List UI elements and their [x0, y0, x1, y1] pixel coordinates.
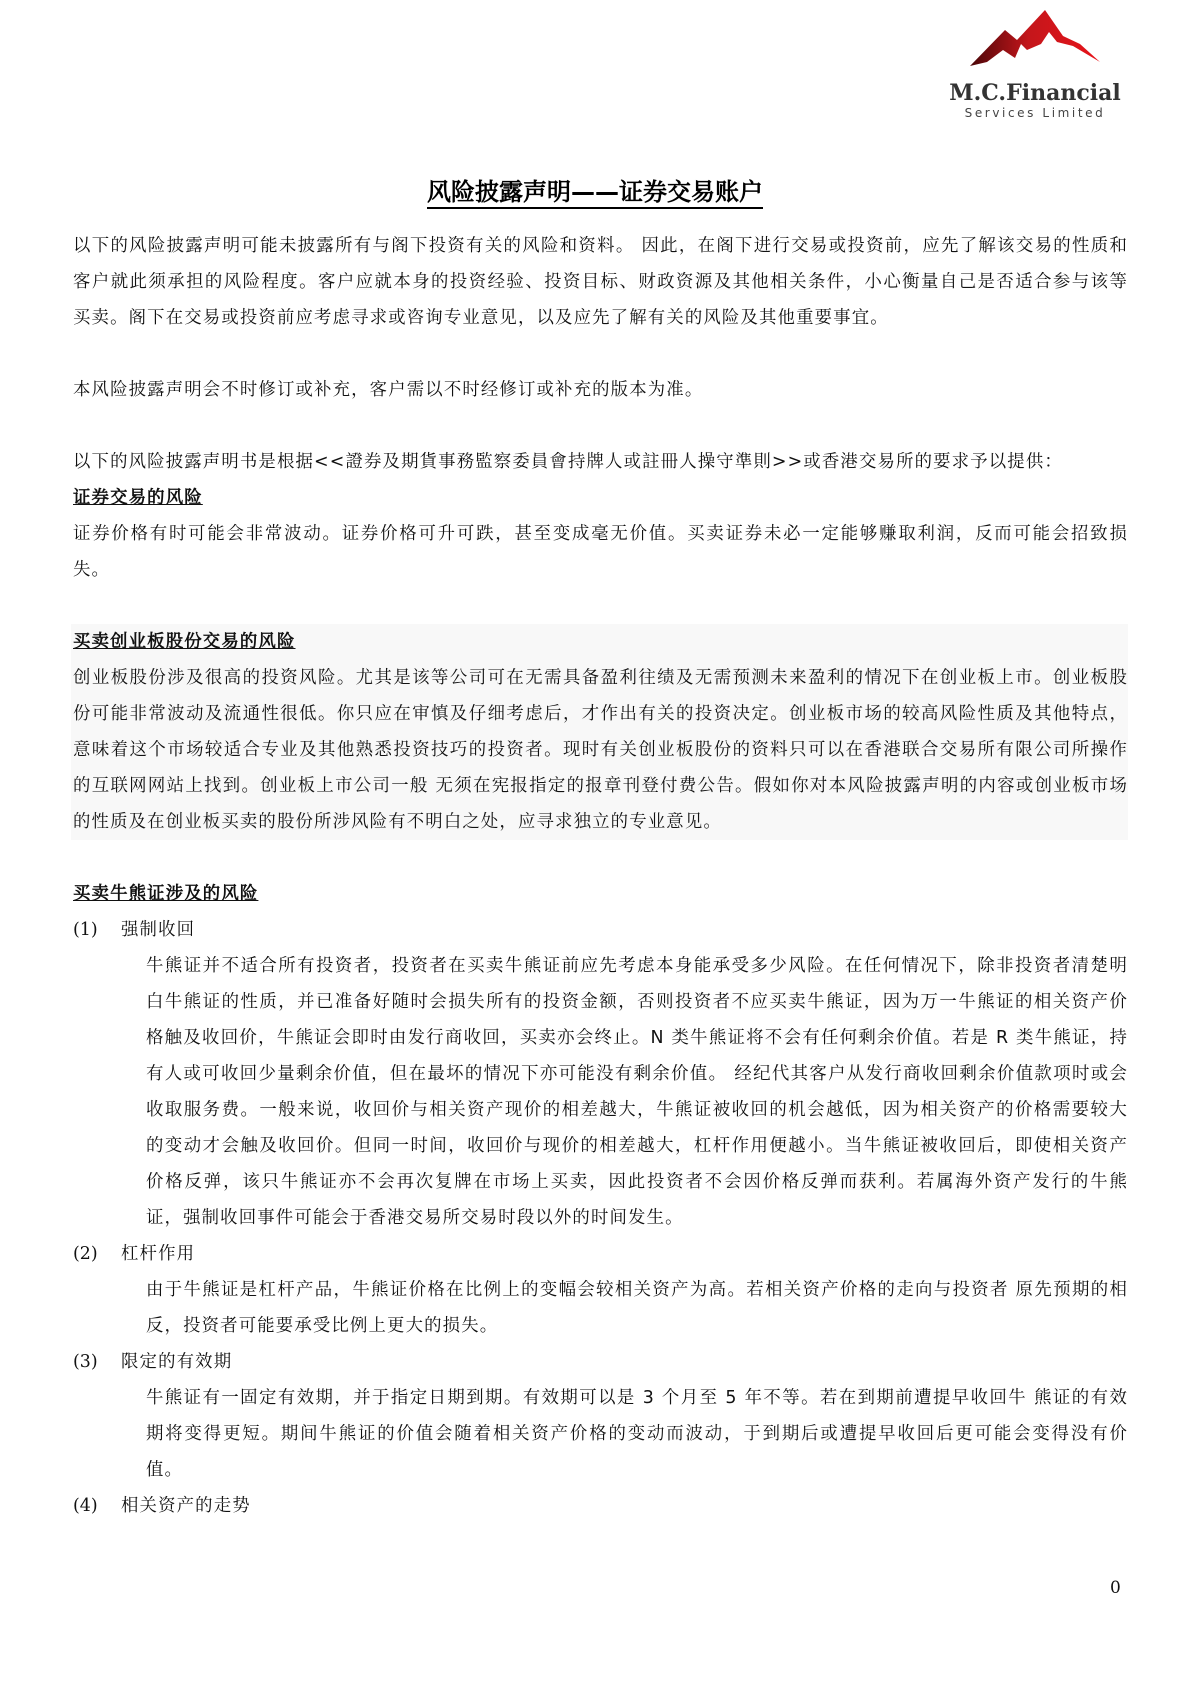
section-body-securities: 证券价格有时可能会非常波动。证券价格可升可跌，甚至变成毫无价值。买卖证券未必一定… — [73, 516, 1128, 588]
item-number: (3) — [73, 1344, 121, 1380]
item-label: 杠杆作用 — [121, 1236, 195, 1272]
section-heading-gem: 买卖创业板股份交易的风险 — [73, 624, 1128, 660]
item-body: 牛熊证并不适合所有投资者，投资者在买卖牛熊证前应先考虑本身能承受多少风险。在任何… — [146, 948, 1128, 1236]
item-body: 由于牛熊证是杠杆产品，牛熊证价格在比例上的变幅会较相关资产为高。若相关资产价格的… — [146, 1272, 1128, 1344]
intro-paragraph-2: 本风险披露声明会不时修订或补充，客户需以不时经修订或补充的版本为准。 — [73, 372, 1128, 408]
company-name: M.C.Financial — [945, 80, 1125, 106]
section-heading-cbbc: 买卖牛熊证涉及的风险 — [73, 876, 1128, 912]
item-body: 牛熊证有一固定有效期，并于指定日期到期。有效期可以是 3 个月至 5 年不等。若… — [146, 1380, 1128, 1488]
cbbc-item-2: (2) 杠杆作用 — [73, 1236, 1128, 1272]
page-title: 风险披露声明——证券交易账户 — [0, 172, 1190, 207]
intro-paragraph-3: 以下的风险披露声明书是根据<<證券及期貨事務監察委員會持牌人或註冊人操守準則>>… — [73, 444, 1128, 480]
gem-section: 买卖创业板股份交易的风险 创业板股份涉及很高的投资风险。尤其是该等公司可在无需具… — [71, 624, 1128, 840]
document-body: 以下的风险披露声明可能未披露所有与阁下投资有关的风险和资料。 因此，在阁下进行交… — [73, 228, 1128, 1524]
item-label: 强制收回 — [121, 912, 195, 948]
intro-paragraph-1: 以下的风险披露声明可能未披露所有与阁下投资有关的风险和资料。 因此，在阁下进行交… — [73, 228, 1128, 336]
cbbc-item-3: (3) 限定的有效期 — [73, 1344, 1128, 1380]
company-subtitle: Services Limited — [945, 106, 1125, 120]
item-number: (2) — [73, 1236, 121, 1272]
section-heading-securities: 证券交易的风险 — [73, 480, 1128, 516]
page-number: 0 — [1110, 1578, 1121, 1598]
item-number: (4) — [73, 1488, 121, 1524]
page-title-text: 风险披露声明——证券交易账户 — [427, 178, 763, 209]
item-label: 相关资产的走势 — [121, 1488, 251, 1524]
item-number: (1) — [73, 912, 121, 948]
mountain-icon — [965, 6, 1105, 72]
cbbc-item-1: (1) 强制收回 — [73, 912, 1128, 948]
company-logo: M.C.Financial Services Limited — [945, 6, 1125, 121]
section-body-gem: 创业板股份涉及很高的投资风险。尤其是该等公司可在无需具备盈利往绩及无需预测未来盈… — [73, 660, 1128, 840]
item-label: 限定的有效期 — [121, 1344, 232, 1380]
cbbc-item-4: (4) 相关资产的走势 — [73, 1488, 1128, 1524]
